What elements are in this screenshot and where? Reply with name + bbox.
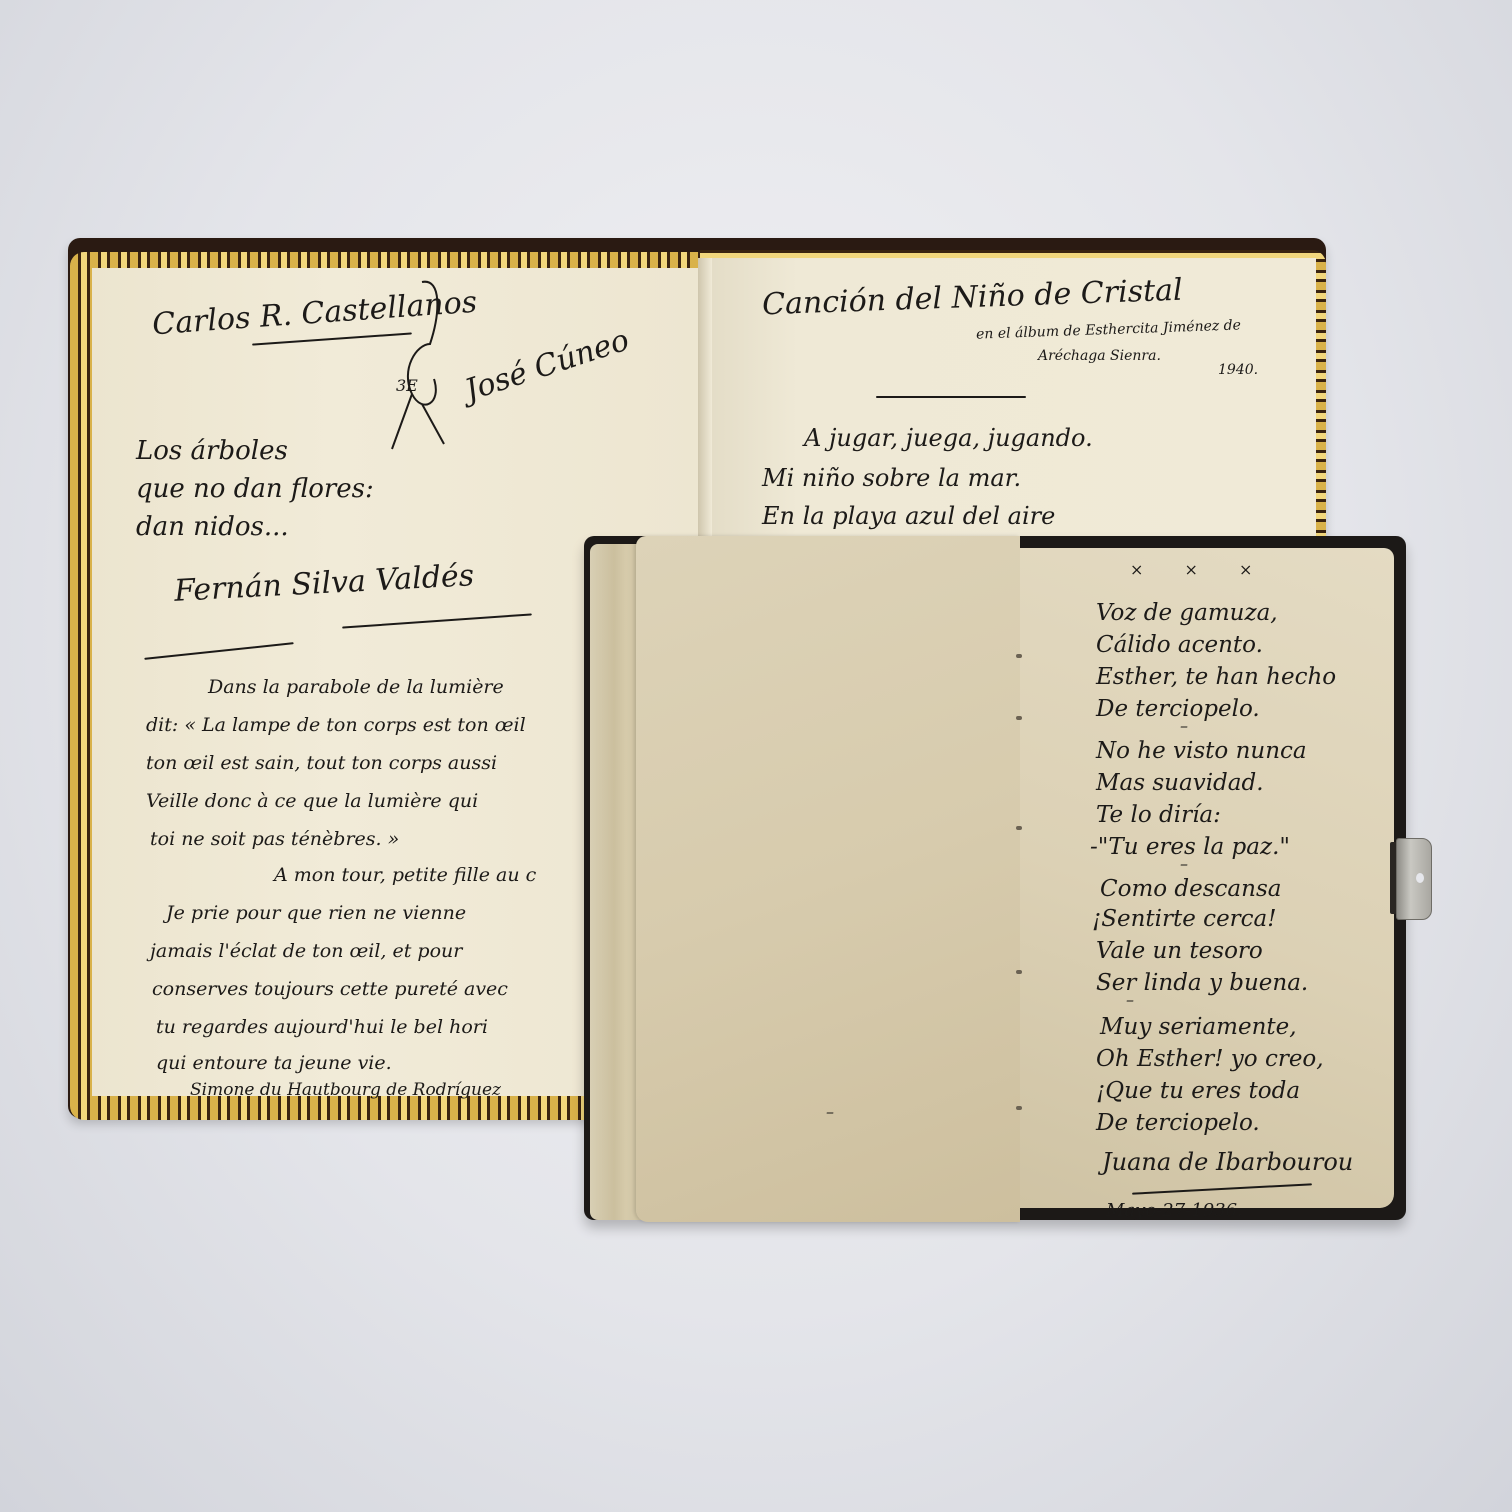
dedication-line: Aréchaga Sienra. bbox=[1038, 348, 1161, 364]
dedication-line: en el álbum de Esthercita Jiménez de bbox=[976, 317, 1241, 342]
metal-clasp-icon bbox=[1396, 838, 1432, 920]
stanza-line: Muy seriamente, bbox=[1100, 1014, 1297, 1040]
small-album-right-page: × × × Voz de gamuza, Cálido acento. Esth… bbox=[1020, 548, 1394, 1208]
ornament: × × × bbox=[1130, 560, 1270, 579]
french-line: dit: « La lampe de ton corps est ton œil bbox=[146, 714, 526, 736]
signature-underline bbox=[1132, 1183, 1312, 1194]
small-album-left-page: – bbox=[636, 536, 1020, 1222]
binding-stitch bbox=[1016, 716, 1022, 720]
caricature-sketch-icon bbox=[382, 274, 462, 464]
separator-line bbox=[876, 396, 1026, 398]
french-line: A mon tour, petite fille au c bbox=[274, 864, 536, 886]
french-line: conserves toujours cette pureté avec bbox=[152, 978, 508, 1000]
stanza-line: Voz de gamuza, bbox=[1096, 600, 1278, 626]
page-mark: – bbox=[826, 1102, 834, 1121]
sketch-initials: 3E bbox=[396, 376, 418, 395]
stanza-line: Esther, te han hecho bbox=[1096, 664, 1336, 690]
poem-date: Mayo-27-1936. bbox=[1106, 1200, 1243, 1221]
stanza-line: -"Tu eres la paz." bbox=[1090, 834, 1290, 860]
poem-title: Canción del Niño de Cristal bbox=[762, 273, 1184, 323]
large-album-gutter bbox=[698, 258, 712, 558]
french-line: Veille donc à ce que la lumière qui bbox=[146, 790, 478, 812]
binding-stitch bbox=[1016, 826, 1022, 830]
poem-line: que no dan flores: bbox=[136, 474, 374, 504]
french-signature: Simone du Hautbourg de Rodríguez bbox=[190, 1080, 501, 1100]
stanza-line: ¡Sentirte cerca! bbox=[1092, 906, 1277, 932]
stanza-line: ¡Que tu eres toda bbox=[1096, 1078, 1300, 1104]
verse-line: En la playa azul del aire bbox=[762, 502, 1055, 530]
binding-stitch bbox=[1016, 654, 1022, 658]
signature-cuneo: José Cúneo bbox=[461, 323, 634, 409]
stanza-line: Mas suavidad. bbox=[1096, 770, 1264, 796]
stanza-line: De terciopelo. bbox=[1096, 1110, 1260, 1136]
poem-line: Los árboles bbox=[136, 436, 288, 466]
french-line: tu regardes aujourd'hui le bel hori bbox=[156, 1016, 488, 1038]
french-line: Dans la parabole de la lumière bbox=[208, 676, 504, 698]
french-line: Je prie pour que rien ne vienne bbox=[166, 902, 466, 924]
binding-stitch bbox=[1016, 970, 1022, 974]
flourish-line bbox=[144, 642, 293, 660]
stanza-line: Cálido acento. bbox=[1096, 632, 1263, 658]
poem-signature: Juana de Ibarbourou bbox=[1102, 1148, 1353, 1176]
poem-signature: Fernán Silva Valdés bbox=[173, 558, 475, 609]
flourish-line bbox=[342, 613, 532, 628]
large-album-right-page: Canción del Niño de Cristal en el álbum … bbox=[706, 258, 1316, 558]
french-line: jamais l'éclat de ton œil, et pour bbox=[150, 940, 462, 962]
verse-line: A jugar, juega, jugando. bbox=[804, 424, 1093, 452]
stanza-line: De terciopelo. bbox=[1096, 696, 1260, 722]
verse-line: Mi niño sobre la mar. bbox=[762, 464, 1021, 492]
stanza-line: Te lo diría: bbox=[1096, 802, 1221, 828]
binding-stitch bbox=[1016, 1106, 1022, 1110]
french-line: toi ne soit pas ténèbres. » bbox=[150, 828, 399, 850]
stanza-line: Vale un tesoro bbox=[1096, 938, 1263, 964]
poem-line: dan nidos... bbox=[136, 512, 289, 542]
french-line: qui entoure ta jeune vie. bbox=[156, 1052, 392, 1074]
stanza-line: Oh Esther! yo creo, bbox=[1096, 1046, 1324, 1072]
stanza-separator: – bbox=[1126, 990, 1134, 1009]
stanza-separator: – bbox=[1180, 716, 1188, 735]
stanza-separator: – bbox=[1180, 854, 1188, 873]
stanza-line: No he visto nunca bbox=[1096, 738, 1307, 764]
clasp-keyhole bbox=[1416, 873, 1424, 883]
french-line: ton œil est sain, tout ton corps aussi bbox=[146, 752, 497, 774]
year: 1940. bbox=[1218, 362, 1258, 378]
stanza-line: Como descansa bbox=[1100, 876, 1281, 902]
